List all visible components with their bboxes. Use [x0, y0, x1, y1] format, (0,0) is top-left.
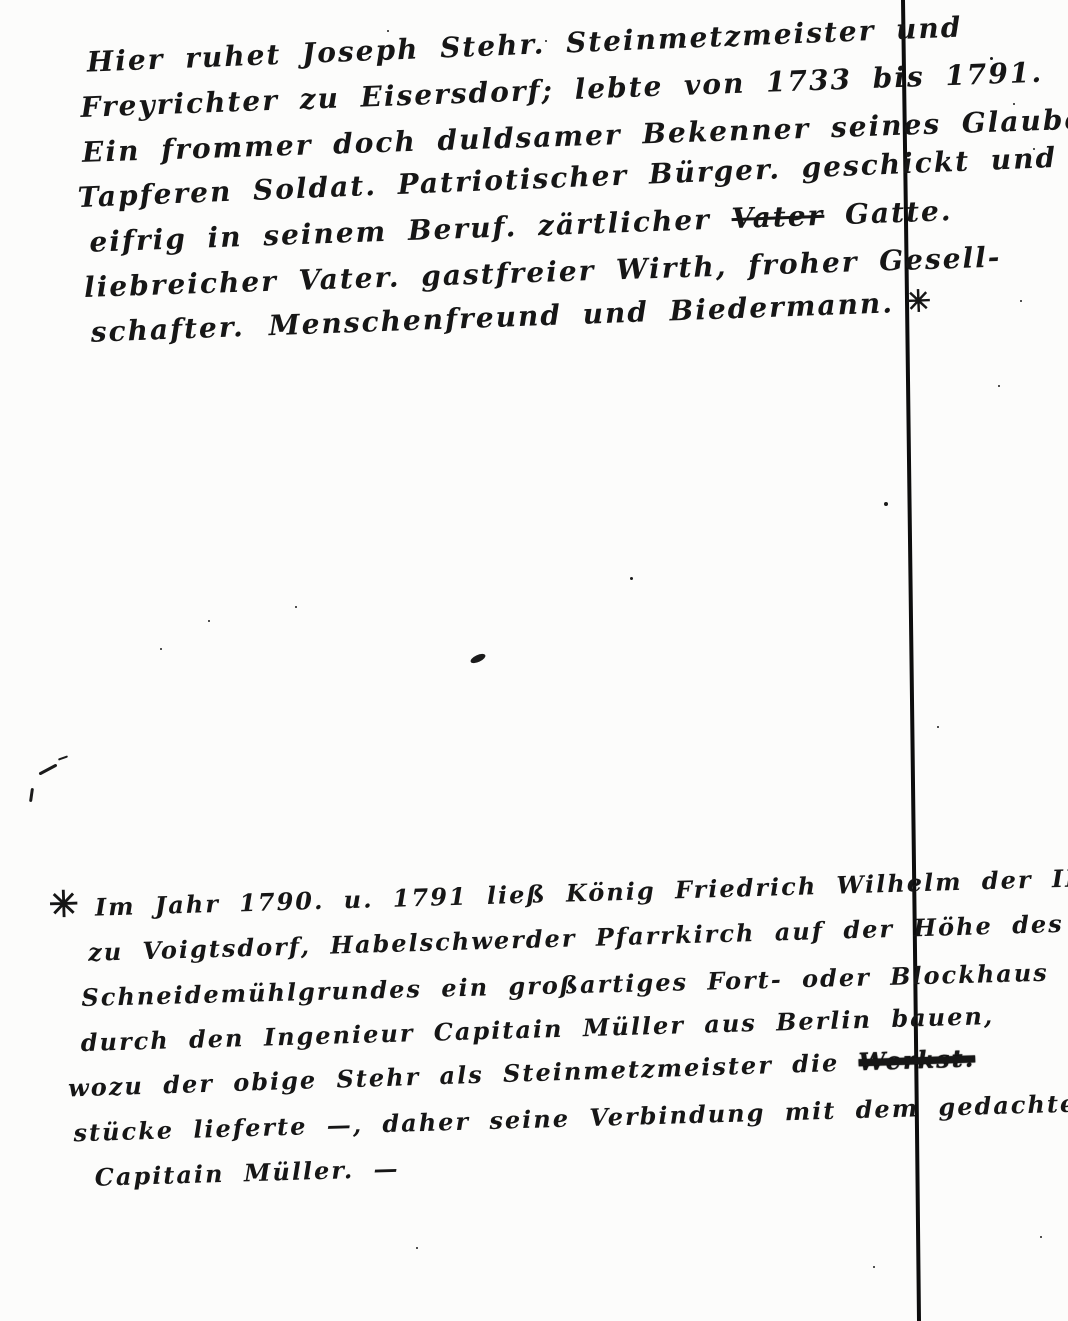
ink-speck — [1013, 103, 1015, 105]
ink-speck — [295, 606, 297, 608]
manuscript-page: Hier ruhet Joseph Stehr. Steinmetzmeiste… — [0, 0, 1068, 1321]
epitaph-text: Hier ruhet Joseph Stehr. Steinmetzmeiste… — [78, 8, 969, 355]
ink-speck — [1020, 300, 1022, 302]
scribbled-out-word: Werkst. — [858, 1043, 975, 1076]
ink-speck — [1040, 1236, 1042, 1238]
asterisk-mark: ✳ — [905, 284, 931, 320]
ink-speck — [873, 1266, 875, 1268]
ink-speck — [160, 648, 162, 650]
ink-speck — [208, 620, 210, 622]
footnote-text: ✳Im Jahr 1790. u. 1791 ließ König Friedr… — [48, 855, 957, 1201]
ink-speck — [990, 57, 993, 60]
ink-speck — [387, 30, 389, 32]
epitaph-line-5-post: Gatte. — [824, 194, 953, 232]
ink-speck — [1033, 148, 1035, 150]
ink-speck — [58, 755, 68, 760]
ink-speck — [998, 385, 1000, 387]
ink-speck — [630, 577, 633, 580]
ink-speck — [416, 1247, 418, 1249]
ink-speck — [545, 40, 547, 42]
ink-speck — [38, 763, 57, 775]
footnote-asterisk-mark: ✳ — [48, 883, 79, 926]
struck-word-vater: Vater — [731, 199, 825, 235]
ink-speck — [29, 788, 34, 802]
ink-speck — [884, 502, 888, 506]
ink-speck — [469, 652, 486, 665]
epitaph-line-7a: schafter. — [90, 310, 245, 349]
ink-speck — [937, 726, 939, 728]
footnote-line-7: Capitain Müller. — — [94, 1154, 400, 1192]
